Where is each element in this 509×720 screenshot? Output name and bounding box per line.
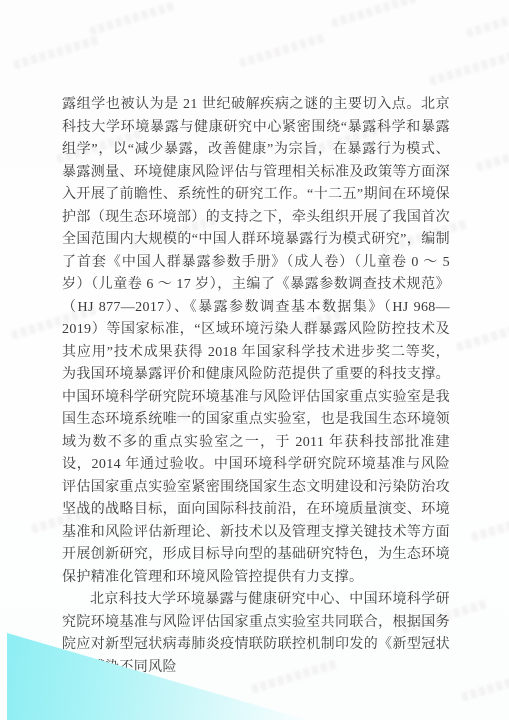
watermark-mark [471,507,509,541]
watermark-mark [89,1,176,35]
watermark-mark [13,35,100,69]
watermark-mark [476,137,509,171]
document-page: 露组学也被认为是 21 世纪破解疾病之谜的主要切入点。北京科技大学环境暴露与健康… [0,0,509,720]
watermark-mark [429,51,509,85]
watermark-mark [456,317,509,351]
watermark-mark [331,0,418,28]
body-paragraph-continued: 露组学也被认为是 21 世纪破解疾病之谜的主要切入点。北京科技大学环境暴露与健康… [62,94,450,589]
body-text-block: 露组学也被认为是 21 世纪破解疾病之谜的主要切入点。北京科技大学环境暴露与健康… [62,94,450,679]
watermark-mark [461,667,509,701]
watermark-mark [466,3,509,37]
watermark-mark [239,33,326,67]
body-paragraph: 北京科技大学环境暴露与健康研究中心、中国环境科学研究院环境基准与风险评估国家重点… [62,589,450,679]
